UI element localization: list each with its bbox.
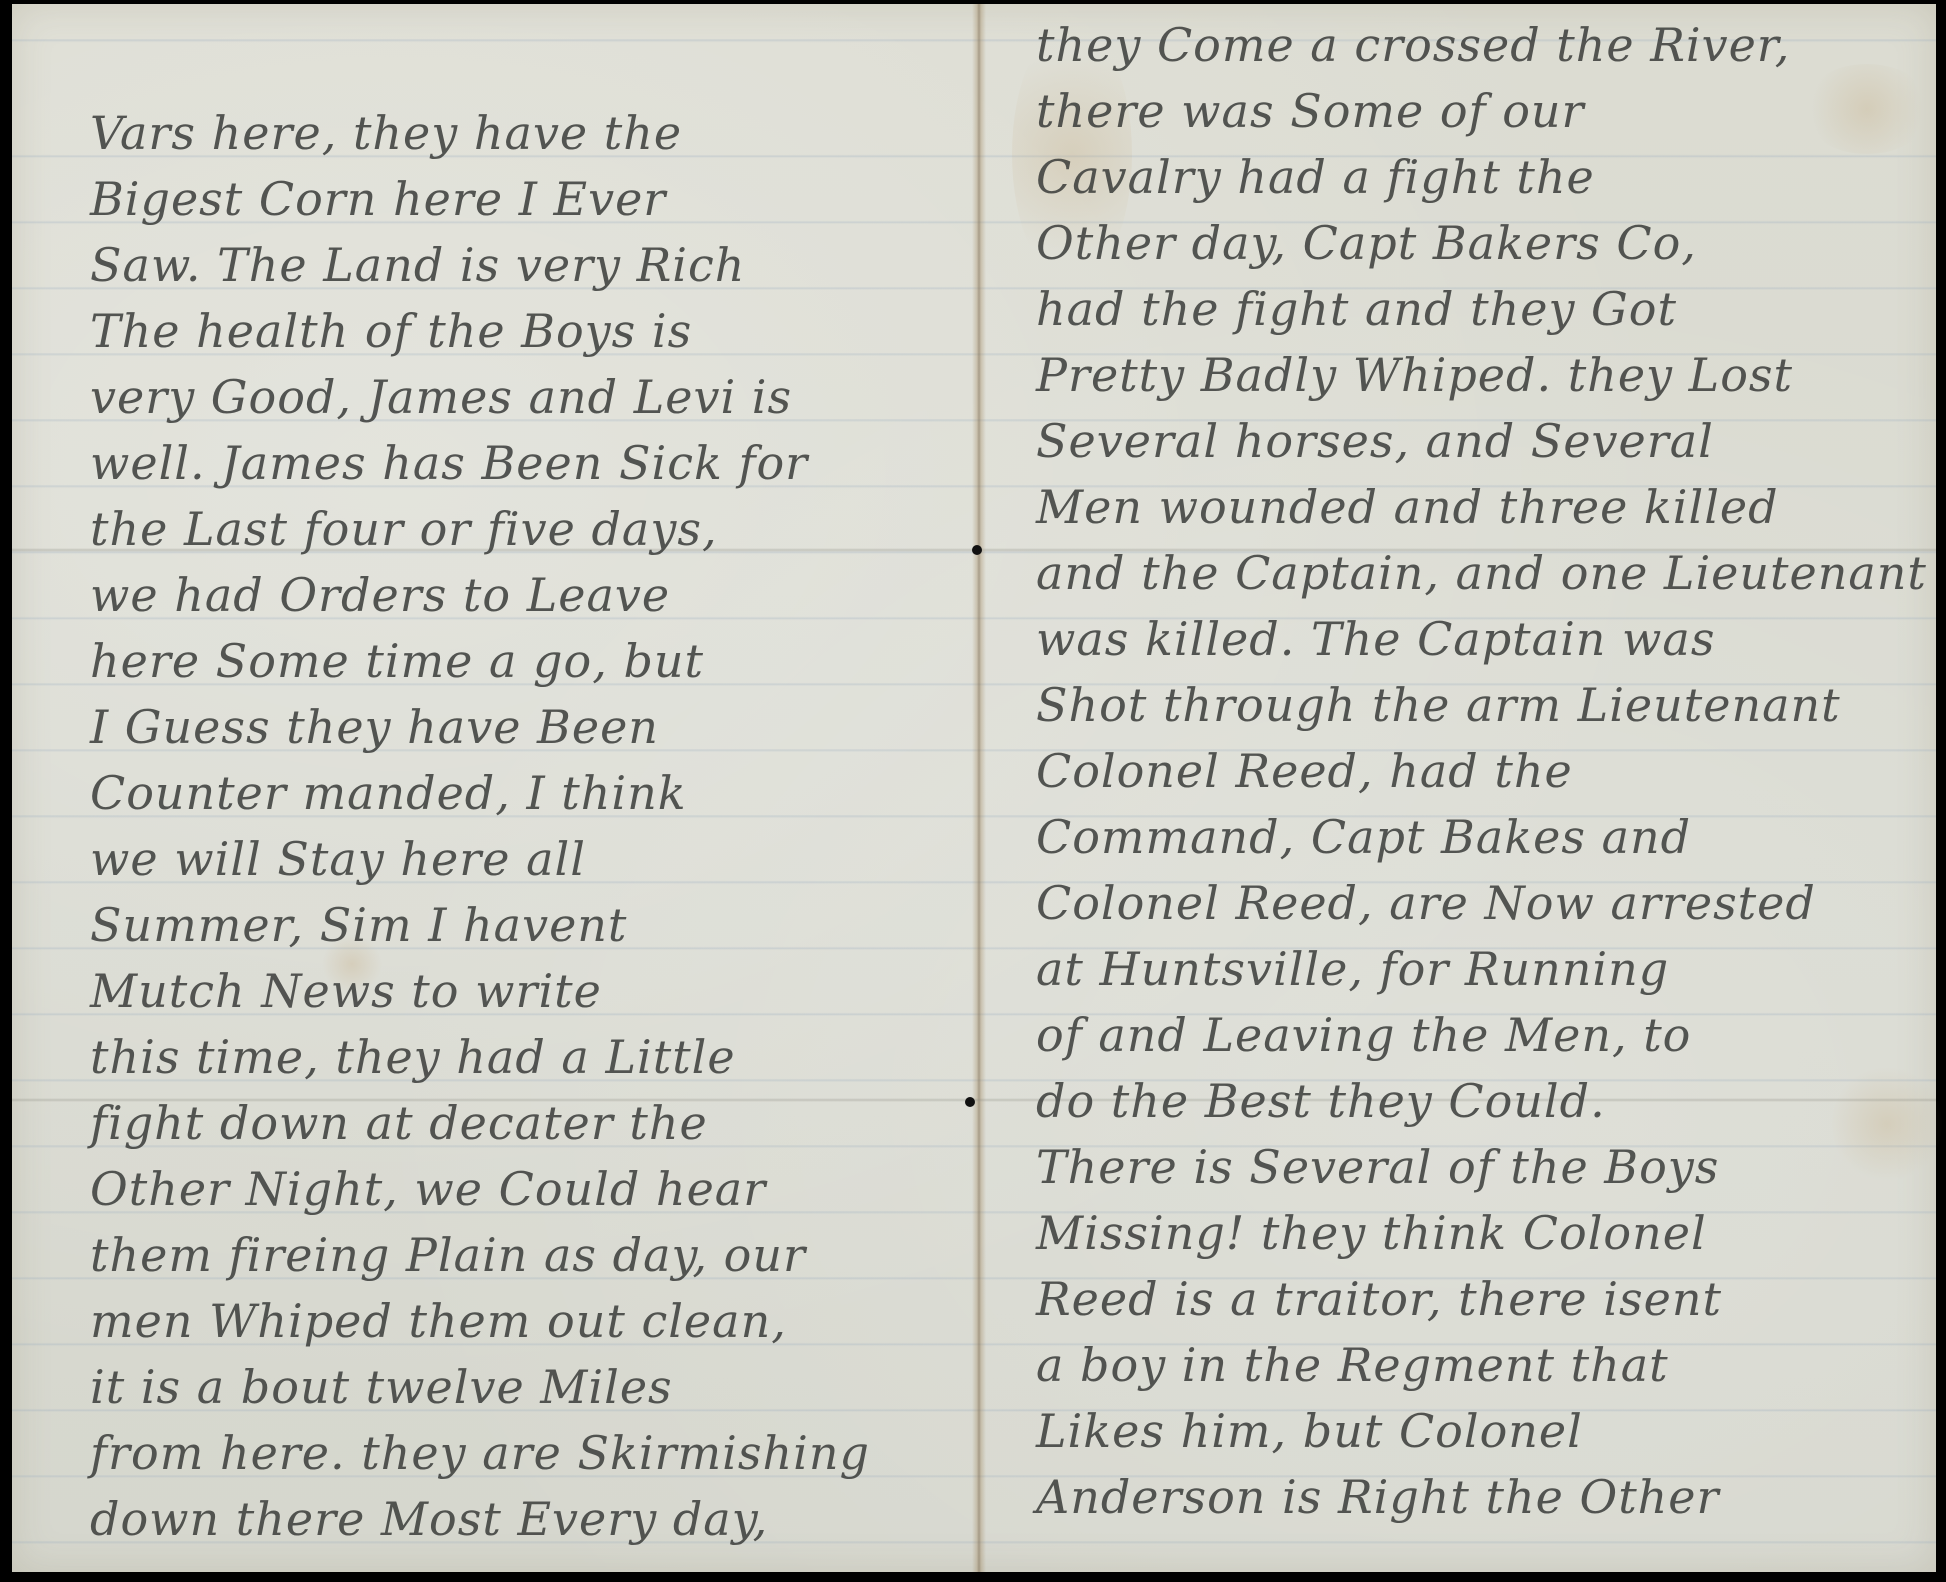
- text-line: There is Several of the Boys: [1036, 1134, 1936, 1200]
- text-line: Vars here, they have the: [90, 100, 970, 166]
- text-line: very Good, James and Levi is: [90, 364, 970, 430]
- text-line: Shot through the arm Lieutenant: [1036, 672, 1936, 738]
- text-line: I Guess they have Been: [90, 694, 970, 760]
- text-line: Reed is a traitor, there isent: [1036, 1266, 1936, 1332]
- text-line: Missing! they think Colonel: [1036, 1200, 1936, 1266]
- text-line: Colonel Reed, had the: [1036, 738, 1936, 804]
- text-line: they Come a crossed the River,: [1036, 12, 1936, 78]
- text-line: Likes him, but Colonel: [1036, 1398, 1936, 1464]
- text-line: from here. they are Skirmishing: [90, 1420, 970, 1486]
- center-fold: [972, 4, 986, 1572]
- text-line: Command, Capt Bakes and: [1036, 804, 1936, 870]
- text-line: fight down at decater the: [90, 1090, 970, 1156]
- text-line: Counter manded, I think: [90, 760, 970, 826]
- text-line: here Some time a go, but: [90, 628, 970, 694]
- text-line: this time, they had a Little: [90, 1024, 970, 1090]
- text-line: them fireing Plain as day, our: [90, 1222, 970, 1288]
- text-line: Summer, Sim I havent: [90, 892, 970, 958]
- text-line: we will Stay here all: [90, 826, 970, 892]
- text-line: down there Most Every day,: [90, 1486, 970, 1552]
- text-line: and the Captain, and one Lieutenant: [1036, 540, 1936, 606]
- text-line: well. James has Been Sick for: [90, 430, 970, 496]
- text-line: Other day, Capt Bakers Co,: [1036, 210, 1936, 276]
- text-line: at Huntsville, for Running: [1036, 936, 1936, 1002]
- text-line: Mutch News to write: [90, 958, 970, 1024]
- text-line: we had Orders to Leave: [90, 562, 970, 628]
- text-line: Bigest Corn here I Ever: [90, 166, 970, 232]
- text-line: Men wounded and three killed: [1036, 474, 1936, 540]
- text-line: of and Leaving the Men, to: [1036, 1002, 1936, 1068]
- text-line: a boy in the Regment that: [1036, 1332, 1936, 1398]
- letter-paper: Vars here, they have the Bigest Corn her…: [12, 4, 1936, 1572]
- text-line: The health of the Boys is: [90, 298, 970, 364]
- text-line: Colonel Reed, are Now arrested: [1036, 870, 1936, 936]
- text-line: it is a bout twelve Miles: [90, 1354, 970, 1420]
- right-page: they Come a crossed the River, there was…: [1036, 12, 1936, 1530]
- text-line: do the Best they Could.: [1036, 1068, 1936, 1134]
- left-page: Vars here, they have the Bigest Corn her…: [90, 100, 970, 1552]
- text-line: Saw. The Land is very Rich: [90, 232, 970, 298]
- text-line: Anderson is Right the Other: [1036, 1464, 1936, 1530]
- text-line: there was Some of our: [1036, 78, 1936, 144]
- text-line: was killed. The Captain was: [1036, 606, 1936, 672]
- text-line: Pretty Badly Whiped. they Lost: [1036, 342, 1936, 408]
- text-line: men Whiped them out clean,: [90, 1288, 970, 1354]
- text-line: had the fight and they Got: [1036, 276, 1936, 342]
- text-line: Several horses, and Several: [1036, 408, 1936, 474]
- text-line: Other Night, we Could hear: [90, 1156, 970, 1222]
- text-line: the Last four or five days,: [90, 496, 970, 562]
- text-line: Cavalry had a fight the: [1036, 144, 1936, 210]
